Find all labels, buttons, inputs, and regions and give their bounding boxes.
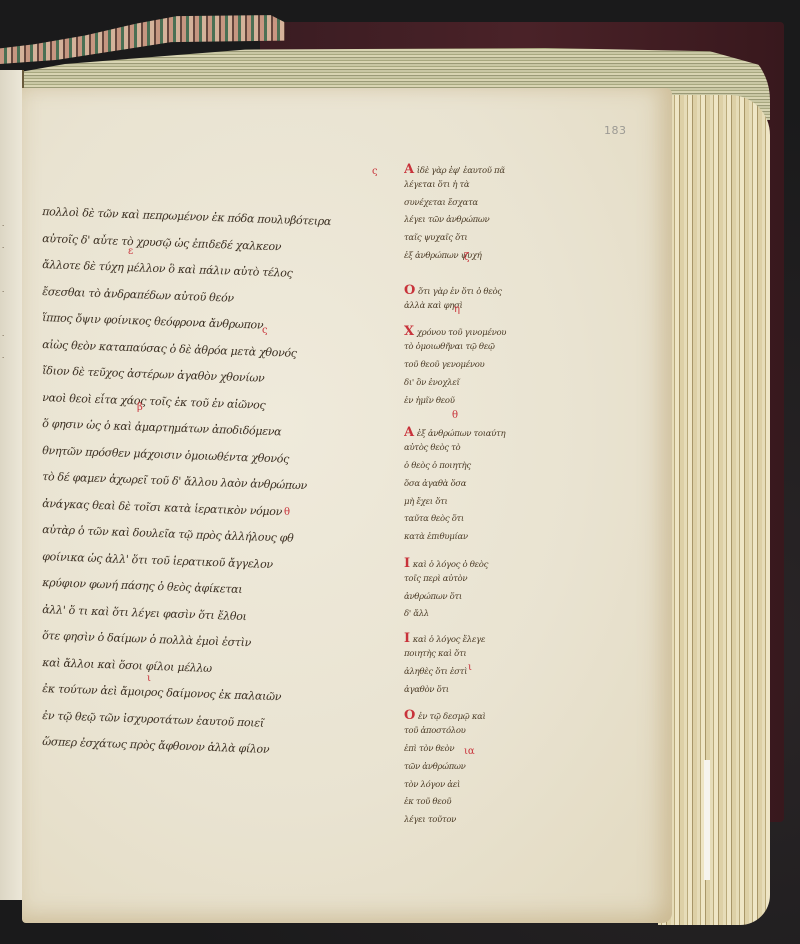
verso-page-edge: ····· [0, 70, 24, 900]
commentary-line: ταῦτα θεὸς ὅτι [404, 514, 574, 532]
rubric-marker: ε [128, 246, 133, 257]
commentary-line: ἐξ ἀνθρώπων ψυχή [404, 251, 574, 269]
commentary-line: Οἐν τῷ δεσμῷ καὶ [404, 708, 574, 726]
red-initial: Ο [404, 708, 415, 723]
commentary-line: τοῖς περὶ αὐτὸν [404, 574, 574, 592]
red-initial: Ι [404, 556, 410, 571]
commentary-line: ὁ θεὸς ὁ ποιητὴς [404, 461, 574, 479]
commentary-line: λέγει τῶν ἀνθρώπων [404, 215, 574, 233]
commentary-marker: ι [468, 662, 472, 673]
commentary-line: Ικαὶ ὁ λόγος ὁ θεὸς [404, 556, 574, 574]
commentary-line: Χχρόνου τοῦ γινομένου [404, 324, 574, 342]
commentary-line: τοῦ θεοῦ γενομένου [404, 360, 574, 378]
commentary-line: ὅσα ἀγαθὰ ὅσα [404, 479, 574, 497]
rubric-marker: ς [262, 325, 268, 336]
red-initial: Α [404, 162, 414, 177]
commentary-text: καὶ ὁ λόγος ὁ θεὸς [413, 560, 488, 570]
commentary-line: Οὅτι γὰρ ἐν ὅτι ὁ θεὸς [404, 283, 574, 301]
commentary-line: τὸ ὁμοιωθῆναι τῷ θεῷ [404, 342, 574, 360]
red-initial: Χ [404, 324, 414, 339]
commentary-line: λέγει τοῦτον [404, 815, 574, 833]
commentary-line: ποιητὴς καὶ ὅτι [404, 649, 574, 667]
bookmark-slip [704, 760, 710, 880]
commentary-line: Ικαὶ ὁ λόγος ἔλεγε [404, 631, 574, 649]
red-initial: Α [404, 425, 414, 440]
commentary-line: ἐν ἡμῖν θεοῦ [404, 396, 574, 414]
commentary-text: ἐξ ἀνθρώπων τοιαύτη [417, 429, 505, 439]
red-initial: Ι [404, 631, 410, 646]
commentary-line: μὴ ἔχει ὅτι [404, 497, 574, 515]
commentary-line: ἀλλὰ καὶ φησὶ [404, 301, 574, 319]
commentary-text: ὅτι γὰρ ἐν ὅτι ὁ θεὸς [418, 287, 502, 297]
commentary-line: ἐπὶ τὸν θεὸν [404, 744, 574, 762]
verso-text-fragment: ····· [2, 215, 20, 369]
commentary-line: δ' ἄλλ [404, 609, 574, 627]
commentary-line: τοῦ ἀποστόλου [404, 726, 574, 744]
commentary-text: ἐν τῷ δεσμῷ καὶ [418, 712, 486, 722]
commentary-marker: η [454, 304, 460, 315]
commentary-line: κατὰ ἐπιθυμίαν [404, 532, 574, 550]
commentary-line: ἀγαθὸν ὅτι [404, 685, 574, 703]
commentary-line: δι' ὃν ἐνοχλεῖ [404, 378, 574, 396]
rubric-marker: β [137, 402, 143, 413]
commentary-line: ἐκ τοῦ θεοῦ [404, 797, 574, 815]
rubric-marker: θ [284, 507, 290, 518]
commentary-text: καὶ ὁ λόγος ἔλεγε [413, 635, 485, 645]
commentary-line: ἀνθρώπων ὅτι [404, 592, 574, 610]
commentary-column: ς Αἰδὲ γὰρ ἐφ' ἑαυτοῦ πᾶ λέγεται ὅτι ἡ τ… [404, 162, 574, 833]
commentary-text: ἰδὲ γὰρ ἐφ' ἑαυτοῦ πᾶ [417, 166, 505, 176]
commentary-marker: ια [464, 746, 475, 757]
rubric-marker: ι [147, 673, 151, 684]
folio-number: 183 [604, 124, 627, 137]
commentary-text: χρόνου τοῦ γινομένου [417, 328, 506, 338]
commentary-line: τὸν λόγον ἀεὶ [404, 780, 574, 798]
commentary-line: αὐτὸς θεὸς τὸ [404, 443, 574, 461]
commentary-line: Αἰδὲ γὰρ ἐφ' ἑαυτοῦ πᾶ [404, 162, 574, 180]
commentary-marker: ζ [464, 252, 469, 263]
commentary-line: συνέχεται ἔσχατα [404, 198, 574, 216]
commentary-line: Αἐξ ἀνθρώπων τοιαύτη [404, 425, 574, 443]
commentary-line: τῶν ἀνθρώπων [404, 762, 574, 780]
main-text-column: πολλοὶ δὲ τῶν καὶ πεπρωμένον ἐκ πόδα που… [42, 205, 402, 762]
commentary-line: λέγεται ὅτι ἡ τὰ [404, 180, 574, 198]
page-stack-fore-edge [658, 95, 770, 925]
commentary-line: ἀληθὲς ὅτι ἐστὶ [404, 667, 574, 685]
red-initial: Ο [404, 283, 415, 298]
commentary-marker: ς [372, 166, 378, 177]
commentary-marker: θ [452, 410, 458, 421]
commentary-line: ταῖς ψυχαῖς ὅτι [404, 233, 574, 251]
